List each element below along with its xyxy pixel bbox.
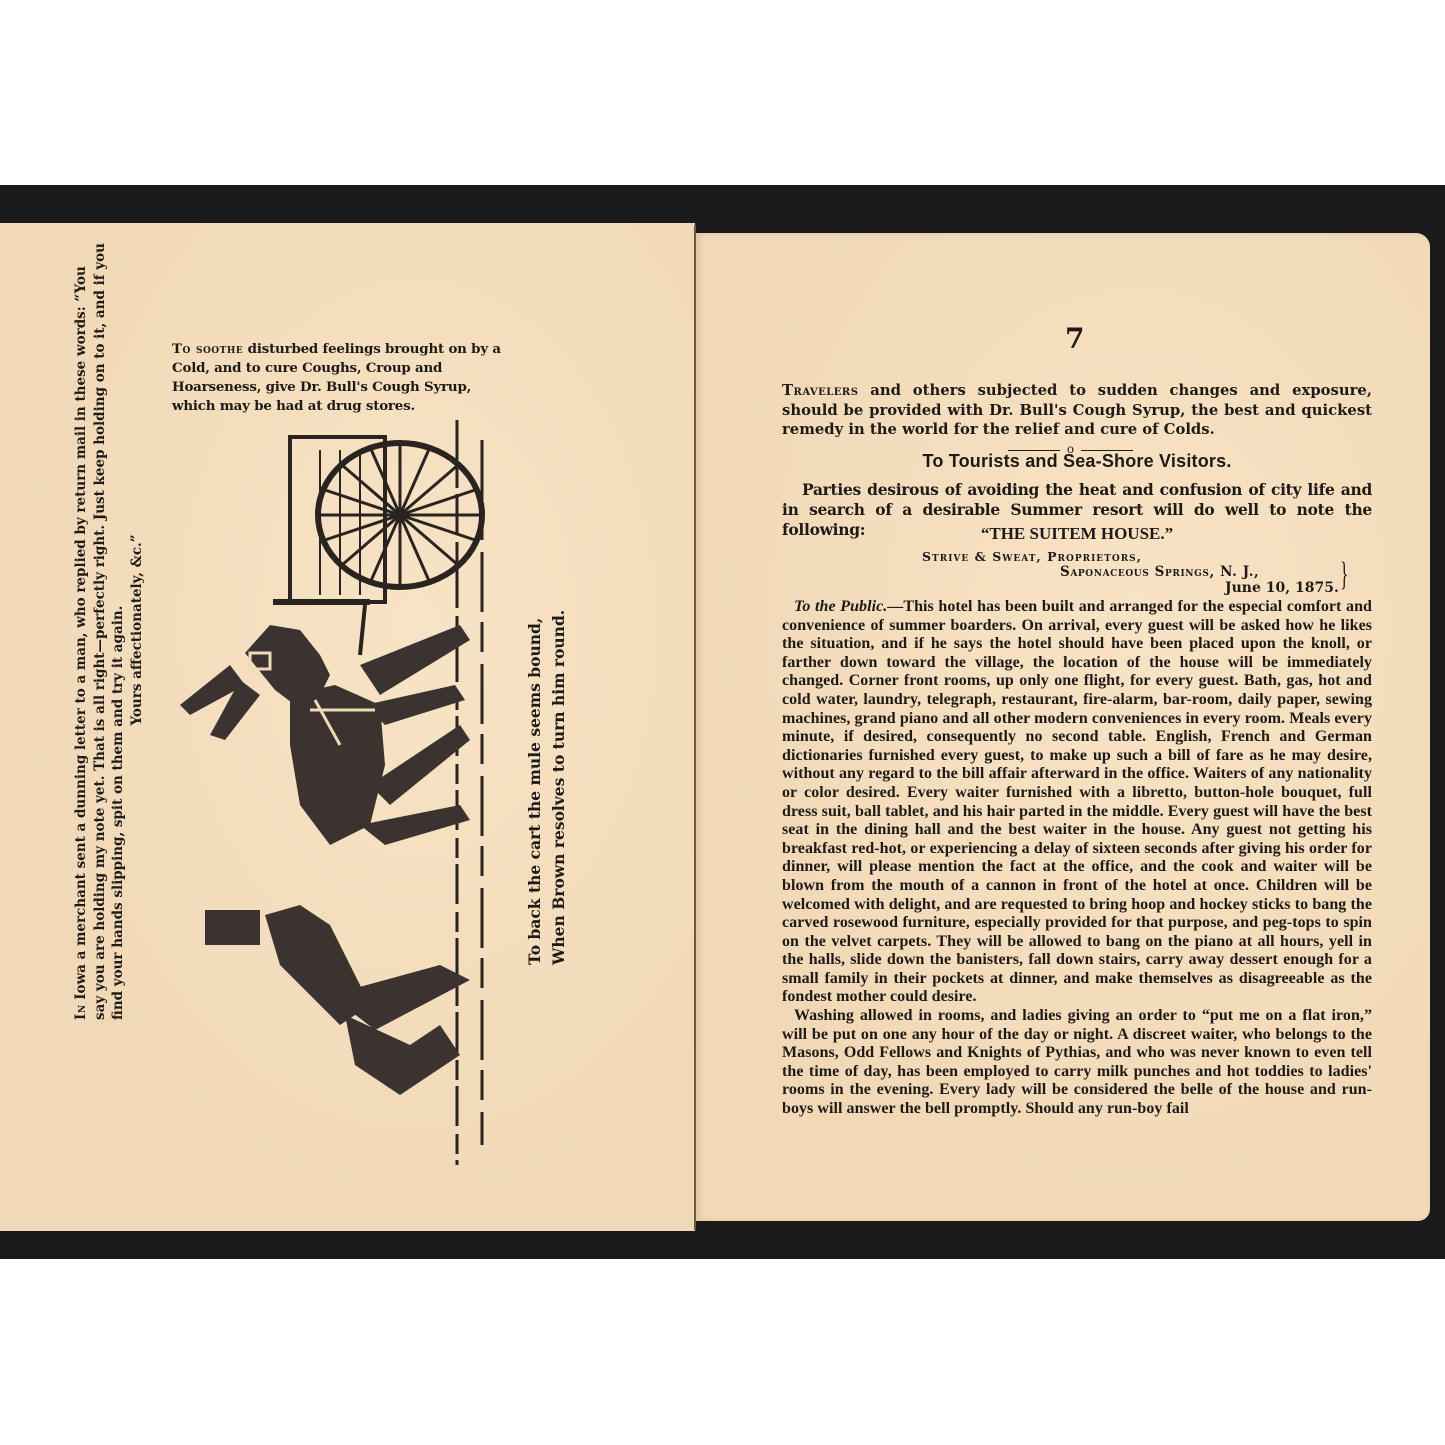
iowa-lead: In xyxy=(73,1004,89,1020)
body-paragraph-1: —This hotel has been built and arranged … xyxy=(782,598,1372,1005)
proprietors: Strive & Sweat, Proprietors, xyxy=(922,549,1142,564)
travelers-text: and others subjected to sudden changes a… xyxy=(782,382,1372,438)
letter-date: June 10, 1875. xyxy=(1225,580,1339,596)
iowa-signature: Yours affectionately, &c.” xyxy=(128,240,147,1020)
brace-glyph: } xyxy=(1340,558,1348,592)
location: Saponaceous Springs, N. J., xyxy=(1060,564,1259,580)
book-gutter xyxy=(694,225,696,1230)
caption-line-1: To back the cart the mule seems bound, xyxy=(523,505,547,965)
hotel-name: “THE SUITEM HOUSE.” xyxy=(782,524,1372,544)
page-number: 7 xyxy=(1065,322,1084,355)
body-paragraph-2: Washing allowed in rooms, and ladies giv… xyxy=(782,1007,1372,1119)
caption-line-2: When Brown resolves to turn him round. xyxy=(547,505,571,965)
body-lead: To the Public. xyxy=(794,598,887,615)
iowa-anecdote: In Iowa a merchant sent a dunning letter… xyxy=(72,240,146,1020)
iowa-text: Iowa a merchant sent a dunning letter to… xyxy=(73,243,126,1020)
mule-cart-woodcut-icon xyxy=(170,405,500,1175)
section-heading: To Tourists and Sea-Shore Visitors. xyxy=(782,451,1372,472)
illustration-caption: To back the cart the mule seems bound, W… xyxy=(523,505,571,965)
travelers-lead: Travelers xyxy=(782,382,858,399)
travelers-advertisement: Travelers and others subjected to sudden… xyxy=(782,381,1372,440)
soothe-lead: To soothe xyxy=(172,341,243,357)
hotel-notice-body: To the Public.—This hotel has been built… xyxy=(782,598,1372,1119)
